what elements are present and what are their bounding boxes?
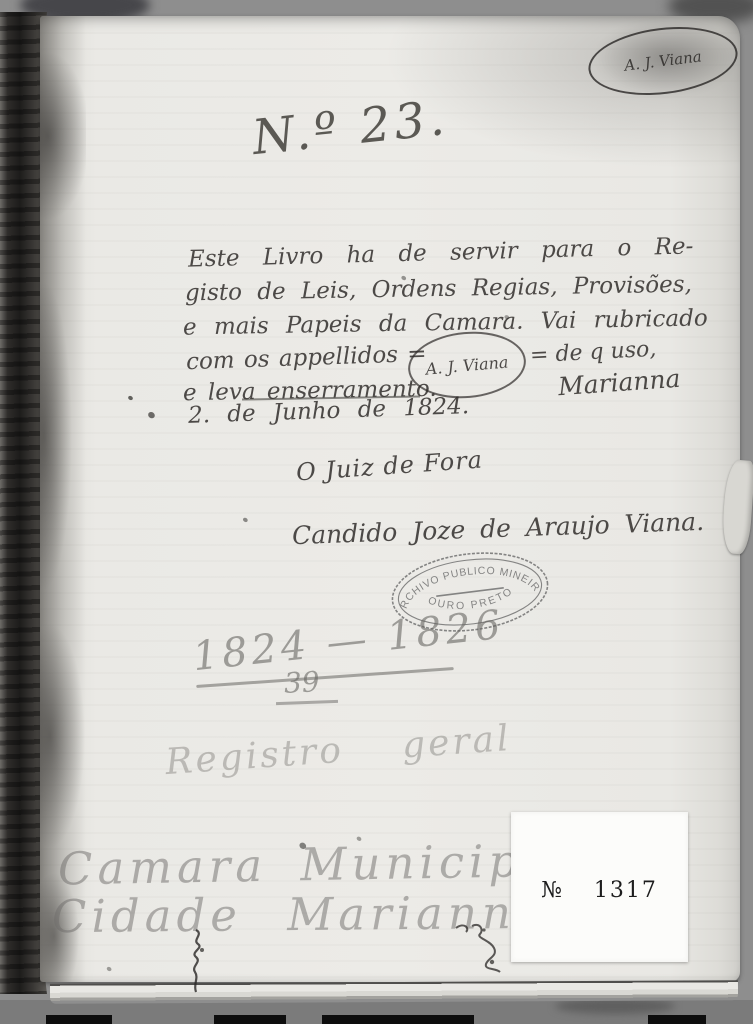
scanned-manuscript-page: A. J. Viana N.º 23. Este Livro ha de ser… [0, 0, 753, 1024]
catalog-number-row: № 1317 [511, 878, 688, 903]
film-frame-mark [322, 1015, 474, 1024]
film-frame-mark [46, 1015, 112, 1024]
ink-scribble [450, 918, 514, 976]
page-edge-stack [50, 980, 738, 1004]
numero-symbol: № [541, 878, 564, 903]
ink-squiggle [182, 928, 216, 994]
film-frame-mark [648, 1015, 706, 1024]
pencil-number: 39 [283, 665, 320, 700]
catalog-label: № 1317 [511, 812, 688, 962]
rubric-inline-text: A. J. Viana [425, 352, 509, 378]
film-frame-mark [214, 1015, 286, 1024]
gutter-stain [40, 16, 86, 982]
catalog-number: 1317 [594, 878, 658, 903]
rubric-signature-text: A. J. Viana [623, 47, 702, 74]
